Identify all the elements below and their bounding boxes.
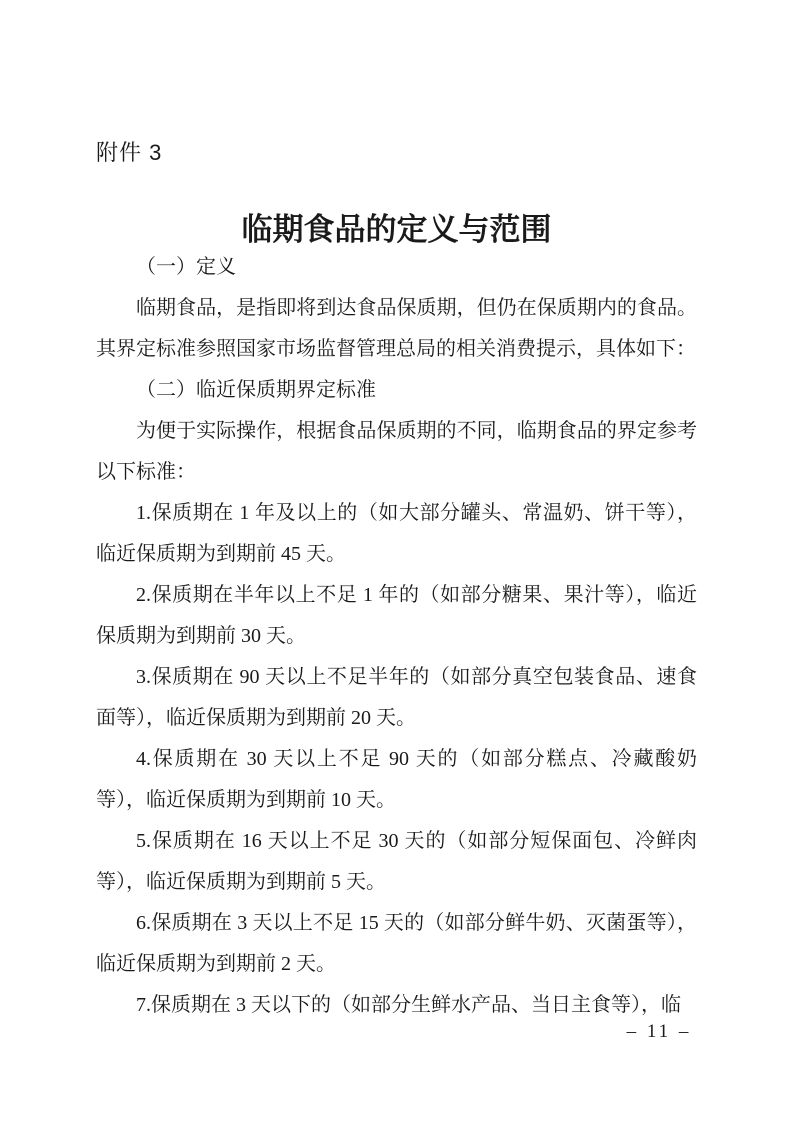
section-heading-criteria: （二）临近保质期界定标准 bbox=[96, 370, 697, 411]
document-body: （一）定义 临期食品，是指即将到达食品保质期，但仍在保质期内的食品。其界定标准参… bbox=[96, 247, 697, 1026]
paragraph-definition: 临期食品，是指即将到达食品保质期，但仍在保质期内的食品。其界定标准参照国家市场监… bbox=[96, 288, 697, 370]
list-item-7: 7.保质期在 3 天以下的（如部分生鲜水产品、当日主食等），临 bbox=[96, 985, 697, 1026]
list-item-2: 2.保质期在半年以上不足 1 年的（如部分糖果、果汁等），临近保质期为到期前 3… bbox=[96, 575, 697, 657]
page-number: – 11 – bbox=[599, 1021, 719, 1043]
list-item-3: 3.保质期在 90 天以上不足半年的（如部分真空包装食品、速食面等），临近保质期… bbox=[96, 657, 697, 739]
document-title: 临期食品的定义与范围 bbox=[0, 204, 793, 249]
list-item-6: 6.保质期在 3 天以上不足 15 天的（如部分鲜牛奶、灭菌蛋等），临近保质期为… bbox=[96, 903, 697, 985]
list-item-5: 5.保质期在 16 天以上不足 30 天的（如部分短保面包、冷鲜肉等），临近保质… bbox=[96, 821, 697, 903]
list-item-4: 4.保质期在 30 天以上不足 90 天的（如部分糕点、冷藏酸奶等），临近保质期… bbox=[96, 739, 697, 821]
document-page: 附件 3 临期食品的定义与范围 （一）定义 临期食品，是指即将到达食品保质期，但… bbox=[0, 0, 793, 1122]
paragraph-criteria-intro: 为便于实际操作，根据食品保质期的不同，临期食品的界定参考以下标准： bbox=[96, 411, 697, 493]
attachment-label: 附件 3 bbox=[96, 136, 162, 167]
list-item-1: 1.保质期在 1 年及以上的（如大部分罐头、常温奶、饼干等），临近保质期为到期前… bbox=[96, 493, 697, 575]
section-heading-definition: （一）定义 bbox=[96, 247, 697, 288]
